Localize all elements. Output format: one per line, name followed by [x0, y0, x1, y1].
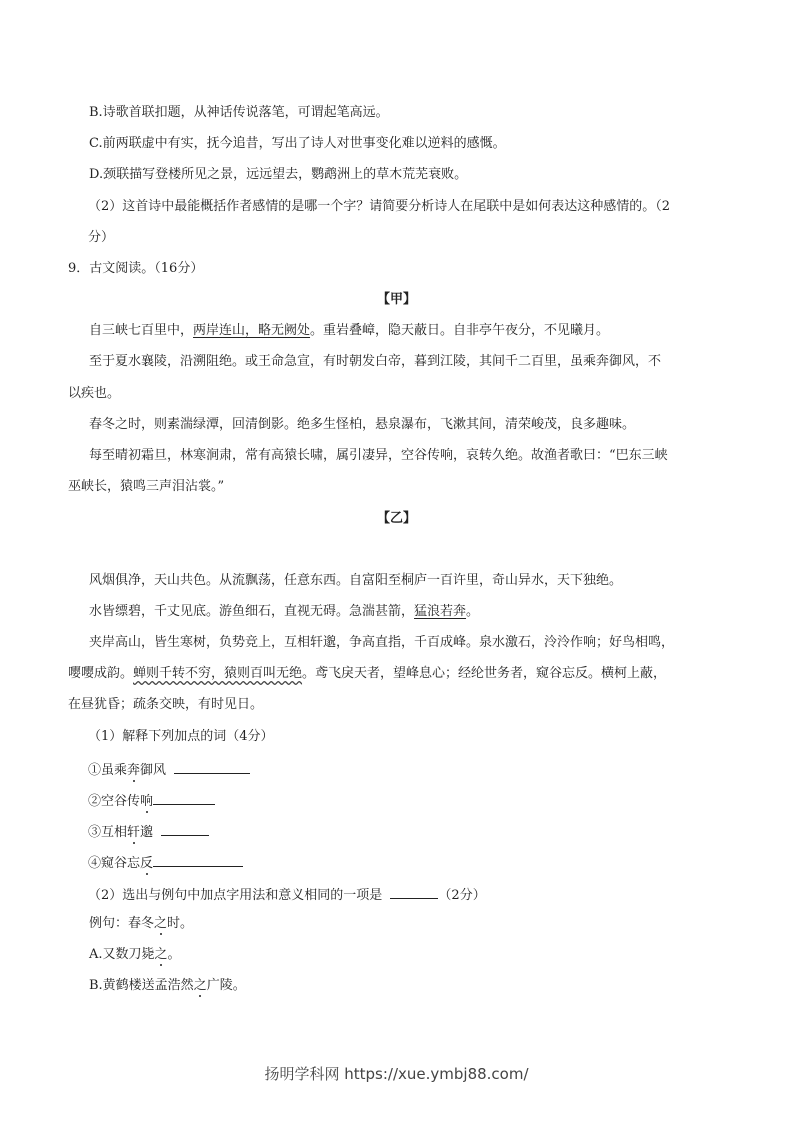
text: B.黄鹤楼送孟浩然 [89, 978, 194, 993]
answer-blank[interactable] [390, 884, 438, 899]
sub1-title: （1）解释下列加点的词（4分） [88, 728, 274, 746]
sub2-title: （2）选出与例句中加点字用法和意义相同的一项是 （2分） [88, 884, 486, 905]
underlined-sentence: 两岸连山，略无阙处 [193, 323, 310, 338]
jia-paragraph-4-line2: 巫峡长，猿鸣三声泪沾裳。” [68, 478, 224, 496]
jia-paragraph-1: 自三峡七百里中，两岸连山，略无阙处。重岩叠嶂，隐天蔽日。自非亭午夜分，不见曦月。 [89, 322, 609, 340]
text: 例句：春冬 [89, 916, 154, 931]
text: 。鸢飞戾天者，望峰息心；经纶世务者，窥谷忘反。横柯上蔽， [302, 666, 666, 681]
dotted-char: 反 [140, 856, 153, 871]
text: 御风 [140, 763, 166, 778]
option-c: C.前两联虚中有实，抚今追昔，写出了诗人对世事变化难以逆料的感慨。 [89, 135, 506, 153]
text: 。重岩叠嶂，隐天蔽日。自非亭午夜分，不见曦月。 [310, 323, 609, 338]
text: 水皆缥碧，千丈见底。游鱼细石，直视无碍。急湍甚箭， [89, 604, 414, 619]
item-number: ② [88, 794, 101, 809]
text: 时。 [167, 916, 193, 931]
dotted-char: 轩 [127, 825, 140, 840]
option-b: B.诗歌首联扣题，从神话传说落笔，可谓起笔高远。 [89, 104, 389, 122]
answer-blank[interactable] [153, 790, 215, 805]
text: 。 [466, 604, 479, 619]
jia-paragraph-3: 春冬之时，则素湍绿潭，回清倒影。绝多生怪柏，悬泉瀑布，飞漱其间，清荣峻茂，良多趣… [89, 416, 635, 434]
sub2-option-a: A.又数刀毙之。 [89, 946, 181, 964]
q8-sub2-line1: （2）这首诗中最能概括作者感情的是哪一个字？请简要分析诗人在尾联中是如何表达这种… [88, 198, 670, 216]
dotted-char: 之 [194, 978, 207, 993]
text: 邈 [140, 825, 153, 840]
yi-paragraph-2: 水皆缥碧，千丈见底。游鱼细石，直视无碍。急湍甚箭，猛浪若奔。 [89, 603, 479, 621]
dotted-char: 之 [154, 916, 167, 931]
option-d: D.颈联描写登楼所见之景，远远望去，鹦鹉洲上的草木荒芜衰败。 [89, 166, 467, 184]
text: 窥谷忘 [101, 856, 140, 871]
dotted-char: 奔 [127, 763, 140, 778]
answer-blank[interactable] [161, 821, 209, 836]
sub1-item-4: ④窥谷忘反 [88, 852, 243, 873]
passage-yi-heading: 【乙】 [0, 510, 793, 528]
text: 自三峡七百里中， [89, 323, 193, 338]
jia-paragraph-2-line1: 至于夏水襄陵，沿溯阻绝。或王命急宣，有时朝发白帝，暮到江陵，其间千二百里，虽乘奔… [89, 353, 661, 371]
sub2-option-b: B.黄鹤楼送孟浩然之广陵。 [89, 977, 246, 995]
sub2-example: 例句：春冬之时。 [89, 915, 193, 933]
answer-blank[interactable] [153, 852, 243, 867]
text: 虽乘 [101, 763, 127, 778]
text: A.又数刀毙 [89, 947, 155, 962]
q8-sub2-line2: 分） [88, 229, 114, 247]
dotted-char: 响 [140, 794, 153, 809]
item-number: ① [88, 763, 101, 778]
score-label: （2分） [438, 888, 485, 903]
passage-jia-heading: 【甲】 [0, 291, 793, 309]
footer-watermark: 扬明学科网 https://xue.ymbj88.com/ [0, 1063, 793, 1084]
sub1-item-3: ③互相轩邈 [88, 821, 209, 842]
yi-paragraph-3-line2: 嘤嘤成韵。蝉则千转不穷，猿则百叫无绝。鸢飞戾天者，望峰息心；经纶世务者，窥谷忘反… [68, 665, 666, 683]
sub1-item-2: ②空谷传响 [88, 790, 215, 811]
sub1-item-1: ①虽乘奔御风 [88, 759, 250, 780]
text: 嘤嘤成韵。 [68, 666, 133, 681]
yi-paragraph-3-line3: 在昼犹昏；疏条交映，有时见日。 [68, 696, 263, 714]
text: （2）选出与例句中加点字用法和意义相同的一项是 [88, 888, 382, 903]
item-number: ③ [88, 825, 101, 840]
dotted-char: 之 [155, 947, 168, 962]
underlined-phrase: 猛浪若奔 [414, 604, 466, 619]
text: 。 [168, 947, 181, 962]
yi-paragraph-1: 风烟俱净，天山共色。从流飘荡，任意东西。自富阳至桐庐一百许里，奇山异水，天下独绝… [89, 572, 622, 590]
jia-paragraph-4-line1: 每至晴初霜旦，林寒涧肃，常有高猿长啸，属引凄异，空谷传响，哀转久绝。故渔者歌曰：… [89, 447, 668, 465]
wavy-underlined-sentence: 蝉则千转不穷，猿则百叫无绝 [133, 666, 302, 681]
text: 广陵。 [207, 978, 246, 993]
text: 空谷传 [101, 794, 140, 809]
text: 互相 [101, 825, 127, 840]
answer-blank[interactable] [174, 759, 250, 774]
jia-paragraph-2-line2: 以疾也。 [68, 385, 120, 403]
question-9-title: 9．古文阅读。（16分） [68, 260, 203, 278]
item-number: ④ [88, 856, 101, 871]
yi-paragraph-3-line1: 夹岸高山，皆生寒树，负势竞上，互相轩邈，争高直指，千百成峰。泉水激石，泠泠作响；… [89, 634, 674, 652]
